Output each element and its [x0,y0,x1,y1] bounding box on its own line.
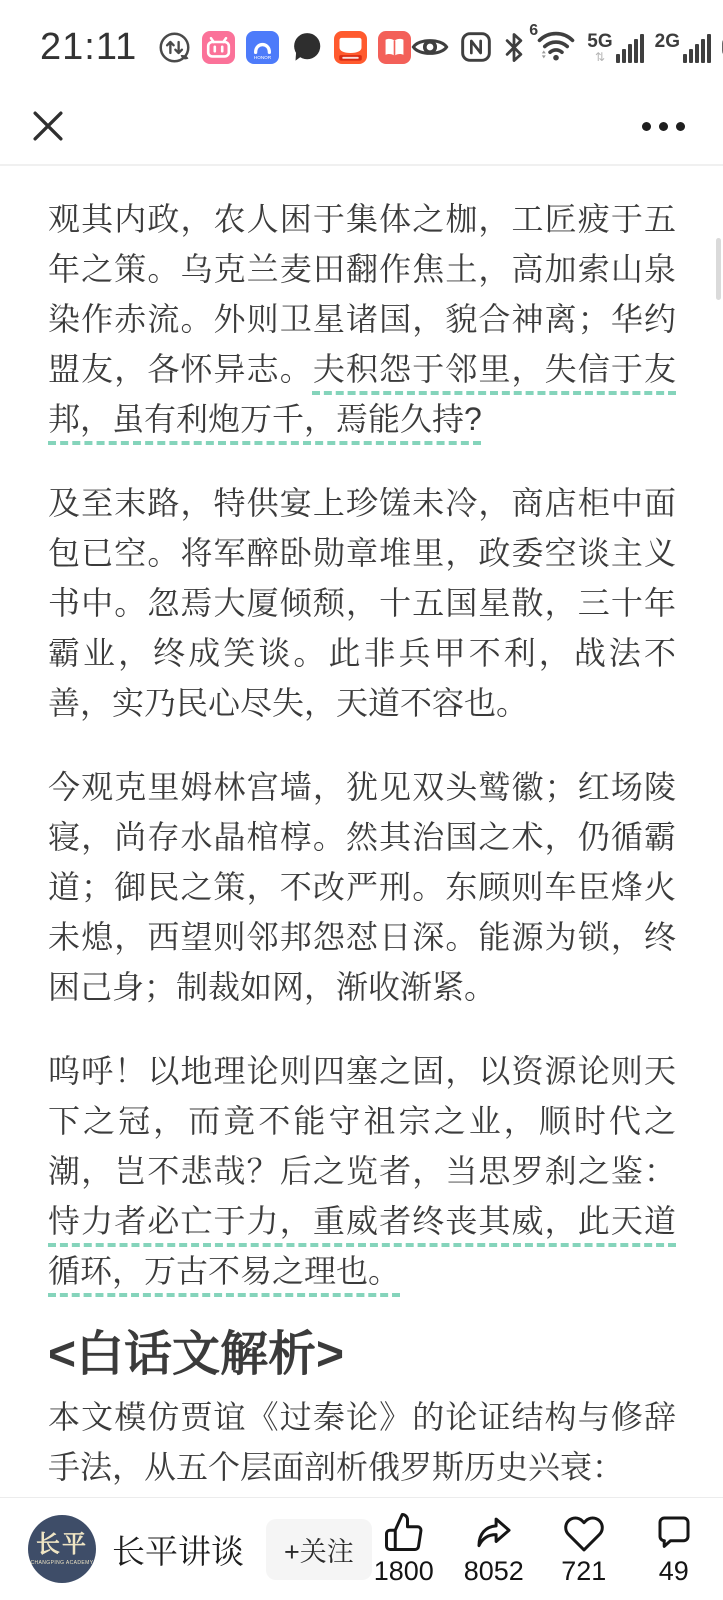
didi-icon [334,31,367,64]
scrollbar-thumb[interactable] [716,238,721,300]
paragraph-text: <白话文解析> [48,1328,344,1381]
more-icon[interactable] [642,122,693,131]
close-icon[interactable] [30,108,66,144]
signal-5g-bars: 5G ⇅ [587,32,643,63]
phone-screen: 21:11 HONOR [0,0,723,1600]
action-buttons: 1800 8052 721 49 [372,1511,706,1587]
signal-2g-label: 2G [655,32,680,51]
paragraph-text: 及至末路，特供宴上珍馐未冷，商店柜中面包已空。将军醉卧勋章堆里，政委空谈主义书中… [48,485,676,721]
comment-bubble-icon [653,1511,695,1553]
status-bar: 21:11 HONOR [0,0,723,80]
comment-button[interactable]: 49 [642,1511,706,1587]
article-paragraph: 及至末路，特供宴上珍馐未冷，商店柜中面包已空。将军醉卧勋章堆里，政委空谈主义书中… [48,478,676,728]
author-action-bar: 长平 CHANGPING ACADEMY 长平讲谈 +关注 1800 8052 [0,1497,723,1600]
annotated-phrase[interactable]: 恃力者必亡于力，重威者终丧其威，此天道循环，万古不易之理也。 [48,1203,676,1289]
favorite-button[interactable]: 721 [552,1511,616,1587]
like-button[interactable]: 1800 [372,1511,436,1587]
avatar-text: 长平 [36,1533,88,1557]
status-bar-left: 21:11 HONOR [40,26,411,69]
article-toolbar [0,88,723,166]
clock-text: 21:11 [40,26,137,69]
avatar[interactable]: 长平 CHANGPING ACADEMY [28,1515,96,1583]
bluetooth-icon [503,31,525,64]
reader-icon [378,31,411,64]
paragraph-text: 今观克里姆林宫墙，犹见双头鹫徽；红场陵寝，尚存水晶棺椁。然其治国之术，仍循霸道；… [48,769,676,1005]
data-usage-icon [158,31,191,64]
paragraph-text: 呜呼！以地理论则四塞之固，以资源论则天下之冠，而竟不能守祖宗之业，顺时代之潮，岂… [48,1053,676,1189]
author-name[interactable]: 长平讲谈 [112,1526,244,1573]
eye-icon [411,34,449,60]
like-count: 1800 [374,1557,434,1587]
heart-icon [563,1511,605,1553]
share-arrow-icon [473,1511,515,1553]
bilibili-icon [202,31,235,64]
analysis-heading: <白话文解析> [48,1330,676,1380]
article-paragraph: 观其内政，农人困于集体之枷，工匠疲于五年之策。乌克兰麦田翻作焦土，高加索山泉染作… [48,194,676,444]
signal-2g-bars: 2G [655,32,711,63]
status-bar-right: 6 5G ⇅ 2G [411,28,723,66]
chat-icon [290,31,323,64]
paragraph-text: 本文模仿贾谊《过秦论》的论证结构与修辞手法，从五个层面剖析俄罗斯历史兴衰： [48,1399,676,1485]
article-body: 观其内政，农人困于集体之枷，工匠疲于五年之策。乌克兰麦田翻作焦土，高加索山泉染作… [0,168,723,1600]
nfc-icon [460,31,492,63]
signal-5g-label: 5G [587,32,612,51]
follow-button[interactable]: +关注 [266,1519,372,1580]
signal-5g-arrows: ⇅ [595,51,605,63]
honor-store-icon: HONOR [246,31,279,64]
share-button[interactable]: 8052 [462,1511,526,1587]
article-paragraph: 本文模仿贾谊《过秦论》的论证结构与修辞手法，从五个层面剖析俄罗斯历史兴衰： [48,1392,676,1492]
favorite-count: 721 [561,1557,606,1587]
svg-text:HONOR: HONOR [254,55,272,60]
wifi6-label: 6 [529,22,538,40]
comment-count: 49 [659,1557,689,1587]
avatar-subtext: CHANGPING ACADEMY [31,1560,94,1566]
article-paragraph: 呜呼！以地理论则四塞之固，以资源论则天下之冠，而竟不能守祖宗之业，顺时代之潮，岂… [48,1046,676,1296]
share-count: 8052 [464,1557,524,1587]
thumbs-up-icon [383,1511,425,1553]
wifi6-icon: 6 [536,28,576,66]
article-paragraph: 今观克里姆林宫墙，犹见双头鹫徽；红场陵寝，尚存水晶棺椁。然其治国之术，仍循霸道；… [48,762,676,1012]
